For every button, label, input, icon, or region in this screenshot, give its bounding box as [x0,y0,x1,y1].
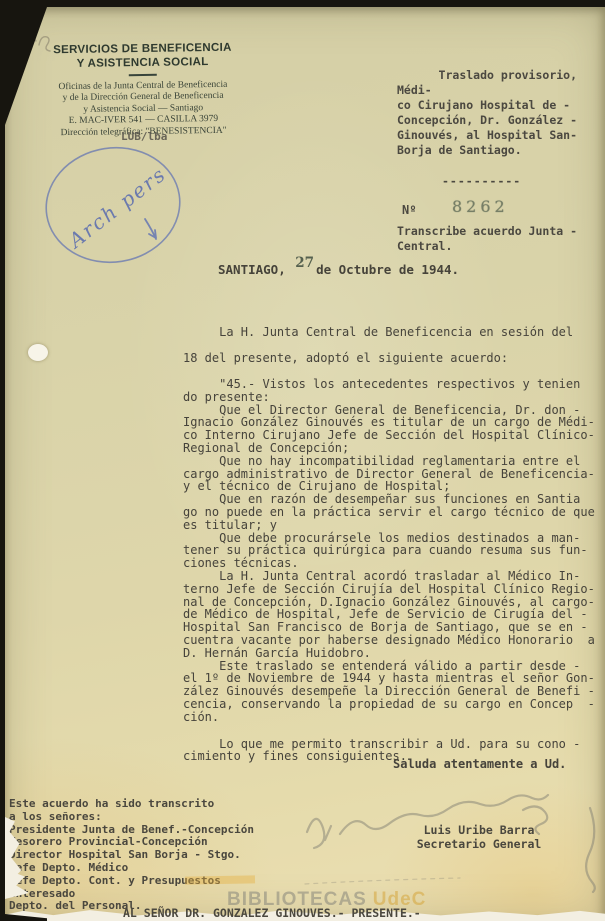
blue-oval-stamp: Arch pers [33,141,198,276]
dateline: SANTIAGO, 27de Octubre de 1944. [218,262,459,278]
paragraph-acuerdo-45: "45.- Vistos los antecedentes respectivo… [183,378,605,404]
punch-hole [28,344,48,361]
signer-name: Luis Uribe Barra [409,824,549,838]
subject-block: Traslado provisorio, Médi- co Cirujano H… [397,53,605,284]
letterhead-rule [129,74,157,76]
dateline-rest: de Octubre de 1944. [316,262,459,277]
document-number-stamp: 8262 [452,197,509,216]
dateline-city: SANTIAGO, [218,262,286,277]
paragraph-vigencia: Este traslado se entenderá válido a part… [183,660,605,724]
subject-lines-2: Transcribe acuerdo Junta - Central. [397,224,605,254]
document-number-label: Nº [402,203,416,217]
signer-title: Secretario General [409,838,549,852]
closing-salutation: Saluda atentamente a Ud. [393,757,566,771]
subject-lines: Traslado provisorio, Médi- co Cirujano H… [397,68,584,157]
watermark-highlight-bar [185,875,255,884]
paragraph-considerando-1: Que el Director General de Beneficencia,… [183,404,605,455]
paper-sheet: SERVICIOS DE BENEFICENCIA Y ASISTENCIA S… [5,7,605,921]
paragraph-traslado: La H. Junta Central acordó trasladar al … [183,570,605,660]
letter-body: La H. Junta Central de Beneficencia en s… [183,319,605,763]
paragraph-intro: La H. Junta Central de Beneficencia en s… [183,319,605,371]
distribution-list: Este acuerdo ha sido transcrito a los se… [9,798,254,913]
paragraph-considerando-4: Que debe procurársele los medios destina… [183,532,605,570]
letterhead-title: SERVICIOS DE BENEFICENCIA Y ASISTENCIA S… [32,41,252,71]
paragraph-considerando-2: Que no hay incompatibilidad reglamentari… [183,455,605,493]
paragraph-considerando-3: Que en razón de desempeñar sus funciones… [183,493,605,531]
subject-divider: ---------- [442,174,605,189]
typed-signature: Luis Uribe Barra Secretario General [409,824,549,851]
scanned-document-page: SERVICIOS DE BENEFICENCIA Y ASISTENCIA S… [0,0,605,921]
addressee-line: AL SEÑOR DR. GONZALEZ GINOUVES.- PRESENT… [123,906,421,920]
letterhead: SERVICIOS DE BENEFICENCIA Y ASISTENCIA S… [32,41,253,139]
dateline-day-stamp: 27 [295,255,314,271]
